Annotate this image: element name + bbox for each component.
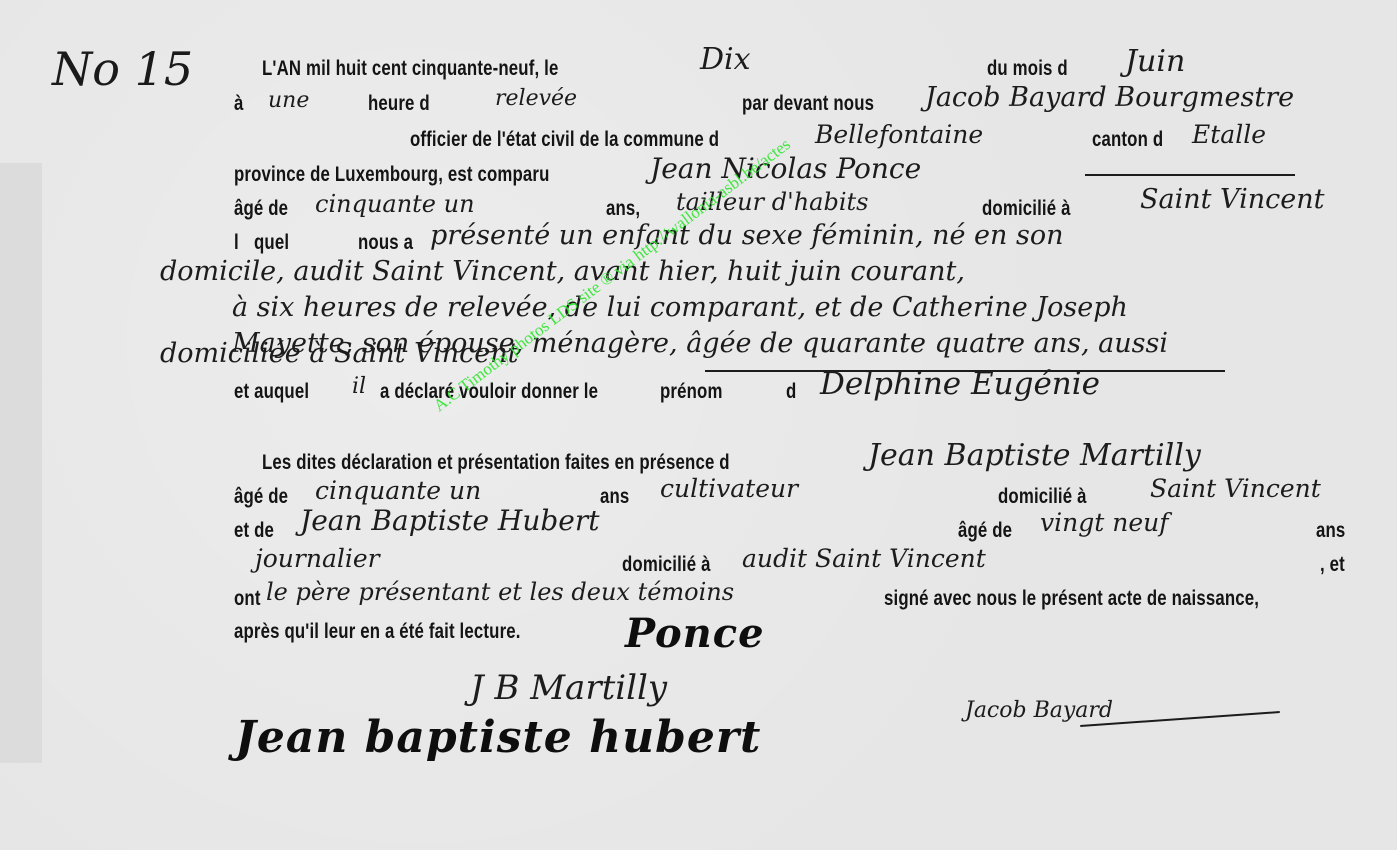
- printed-a: à: [234, 92, 244, 116]
- printed-prenom: prénom: [660, 380, 723, 404]
- handwritten-time-of-day: relevée: [495, 86, 577, 111]
- printed-and-to-whom: et auquel: [234, 380, 309, 404]
- printed-witness2-domicile: domicilié à: [622, 553, 711, 577]
- handwritten-signers: le père présentant et les deux témoins: [266, 578, 734, 606]
- printed-quel: quel: [254, 231, 289, 255]
- printed-domicile: domicilié à: [982, 197, 1071, 221]
- printed-after-reading: après qu'il leur en a été fait lecture.: [234, 620, 521, 644]
- handwritten-il: il: [352, 374, 366, 399]
- printed-witness1-domicile: domicilié à: [998, 485, 1087, 509]
- printed-and-of: et de: [234, 519, 274, 543]
- handwritten-witness2-job: journalier: [255, 544, 380, 573]
- printed-nous-a: nous a: [358, 231, 413, 255]
- printed-officer-commune: officier de l'état civil de la commune d: [410, 128, 719, 152]
- signature-officer: Jacob Bayard: [965, 698, 1113, 723]
- printed-presence: Les dites déclaration et présentation fa…: [262, 451, 730, 475]
- printed-before-us: par devant nous: [742, 92, 874, 116]
- printed-year-line: L'AN mil huit cent cinquante-neuf, le: [262, 57, 558, 81]
- handwritten-line-time-mother: à six heures de relevée, de lui comparan…: [232, 292, 1128, 323]
- signature-declarant: Ponce: [625, 610, 765, 657]
- printed-age-label: âgé de: [234, 197, 288, 221]
- printed-province: province de Luxembourg, est comparu: [234, 163, 550, 187]
- signature-witness2: Jean baptiste hubert: [235, 712, 761, 763]
- handwritten-line-birthplace: domicile, audit Saint Vincent, avant hie…: [160, 256, 965, 287]
- handwritten-declarant-age: cinquante un: [315, 190, 475, 218]
- printed-ont: ont: [234, 587, 261, 611]
- handwritten-witness2: Jean Baptiste Hubert: [300, 504, 600, 537]
- document-page: No 15 L'AN mil huit cent cinquante-neuf,…: [0, 0, 1397, 850]
- printed-hour-label: heure d: [368, 92, 430, 116]
- printed-month-label: du mois d: [987, 57, 1068, 81]
- handwritten-presented: présenté un enfant du sexe féminin, né e…: [430, 220, 1064, 251]
- handwritten-witness1-residence: Saint Vincent: [1150, 474, 1321, 503]
- handwritten-witness1-job: cultivateur: [660, 474, 798, 503]
- printed-witness1-age-label: âgé de: [234, 485, 288, 509]
- printed-witness1-ans: ans: [600, 485, 629, 509]
- handwritten-line-mother-residence: domiciliée à Saint Vincent: [160, 338, 518, 369]
- scan-margin: [0, 163, 42, 763]
- printed-le: l: [234, 231, 239, 255]
- handwritten-witness1: Jean Baptiste Martilly: [868, 438, 1201, 473]
- record-number: No 15: [52, 42, 193, 96]
- handwritten-commune: Bellefontaine: [815, 120, 983, 149]
- handwritten-declarant-residence: Saint Vincent: [1140, 184, 1324, 215]
- printed-signed: signé avec nous le présent acte de naiss…: [884, 587, 1259, 611]
- fill-line: [1085, 174, 1295, 176]
- handwritten-witness2-age: vingt neuf: [1040, 508, 1168, 537]
- printed-witness2-ans: ans: [1316, 519, 1345, 543]
- printed-declared: a déclaré vouloir donner le: [380, 380, 598, 404]
- printed-et: , et: [1320, 553, 1345, 577]
- handwritten-month: Juin: [1125, 44, 1185, 79]
- handwritten-day: Dix: [700, 42, 751, 77]
- handwritten-witness2-residence: audit Saint Vincent: [742, 544, 986, 573]
- handwritten-canton: Etalle: [1192, 120, 1266, 149]
- printed-witness2-age-label: âgé de: [958, 519, 1012, 543]
- printed-ans: ans,: [606, 197, 640, 221]
- handwritten-officer: Jacob Bayard Bourgmestre: [925, 82, 1294, 113]
- printed-d: d: [786, 380, 796, 404]
- handwritten-hour: une: [268, 88, 309, 113]
- signature-witness1: J B Martilly: [470, 668, 667, 708]
- handwritten-witness1-age: cinquante un: [315, 476, 481, 505]
- printed-canton: canton d: [1092, 128, 1163, 152]
- handwritten-child-names: Delphine Eugénie: [820, 366, 1100, 402]
